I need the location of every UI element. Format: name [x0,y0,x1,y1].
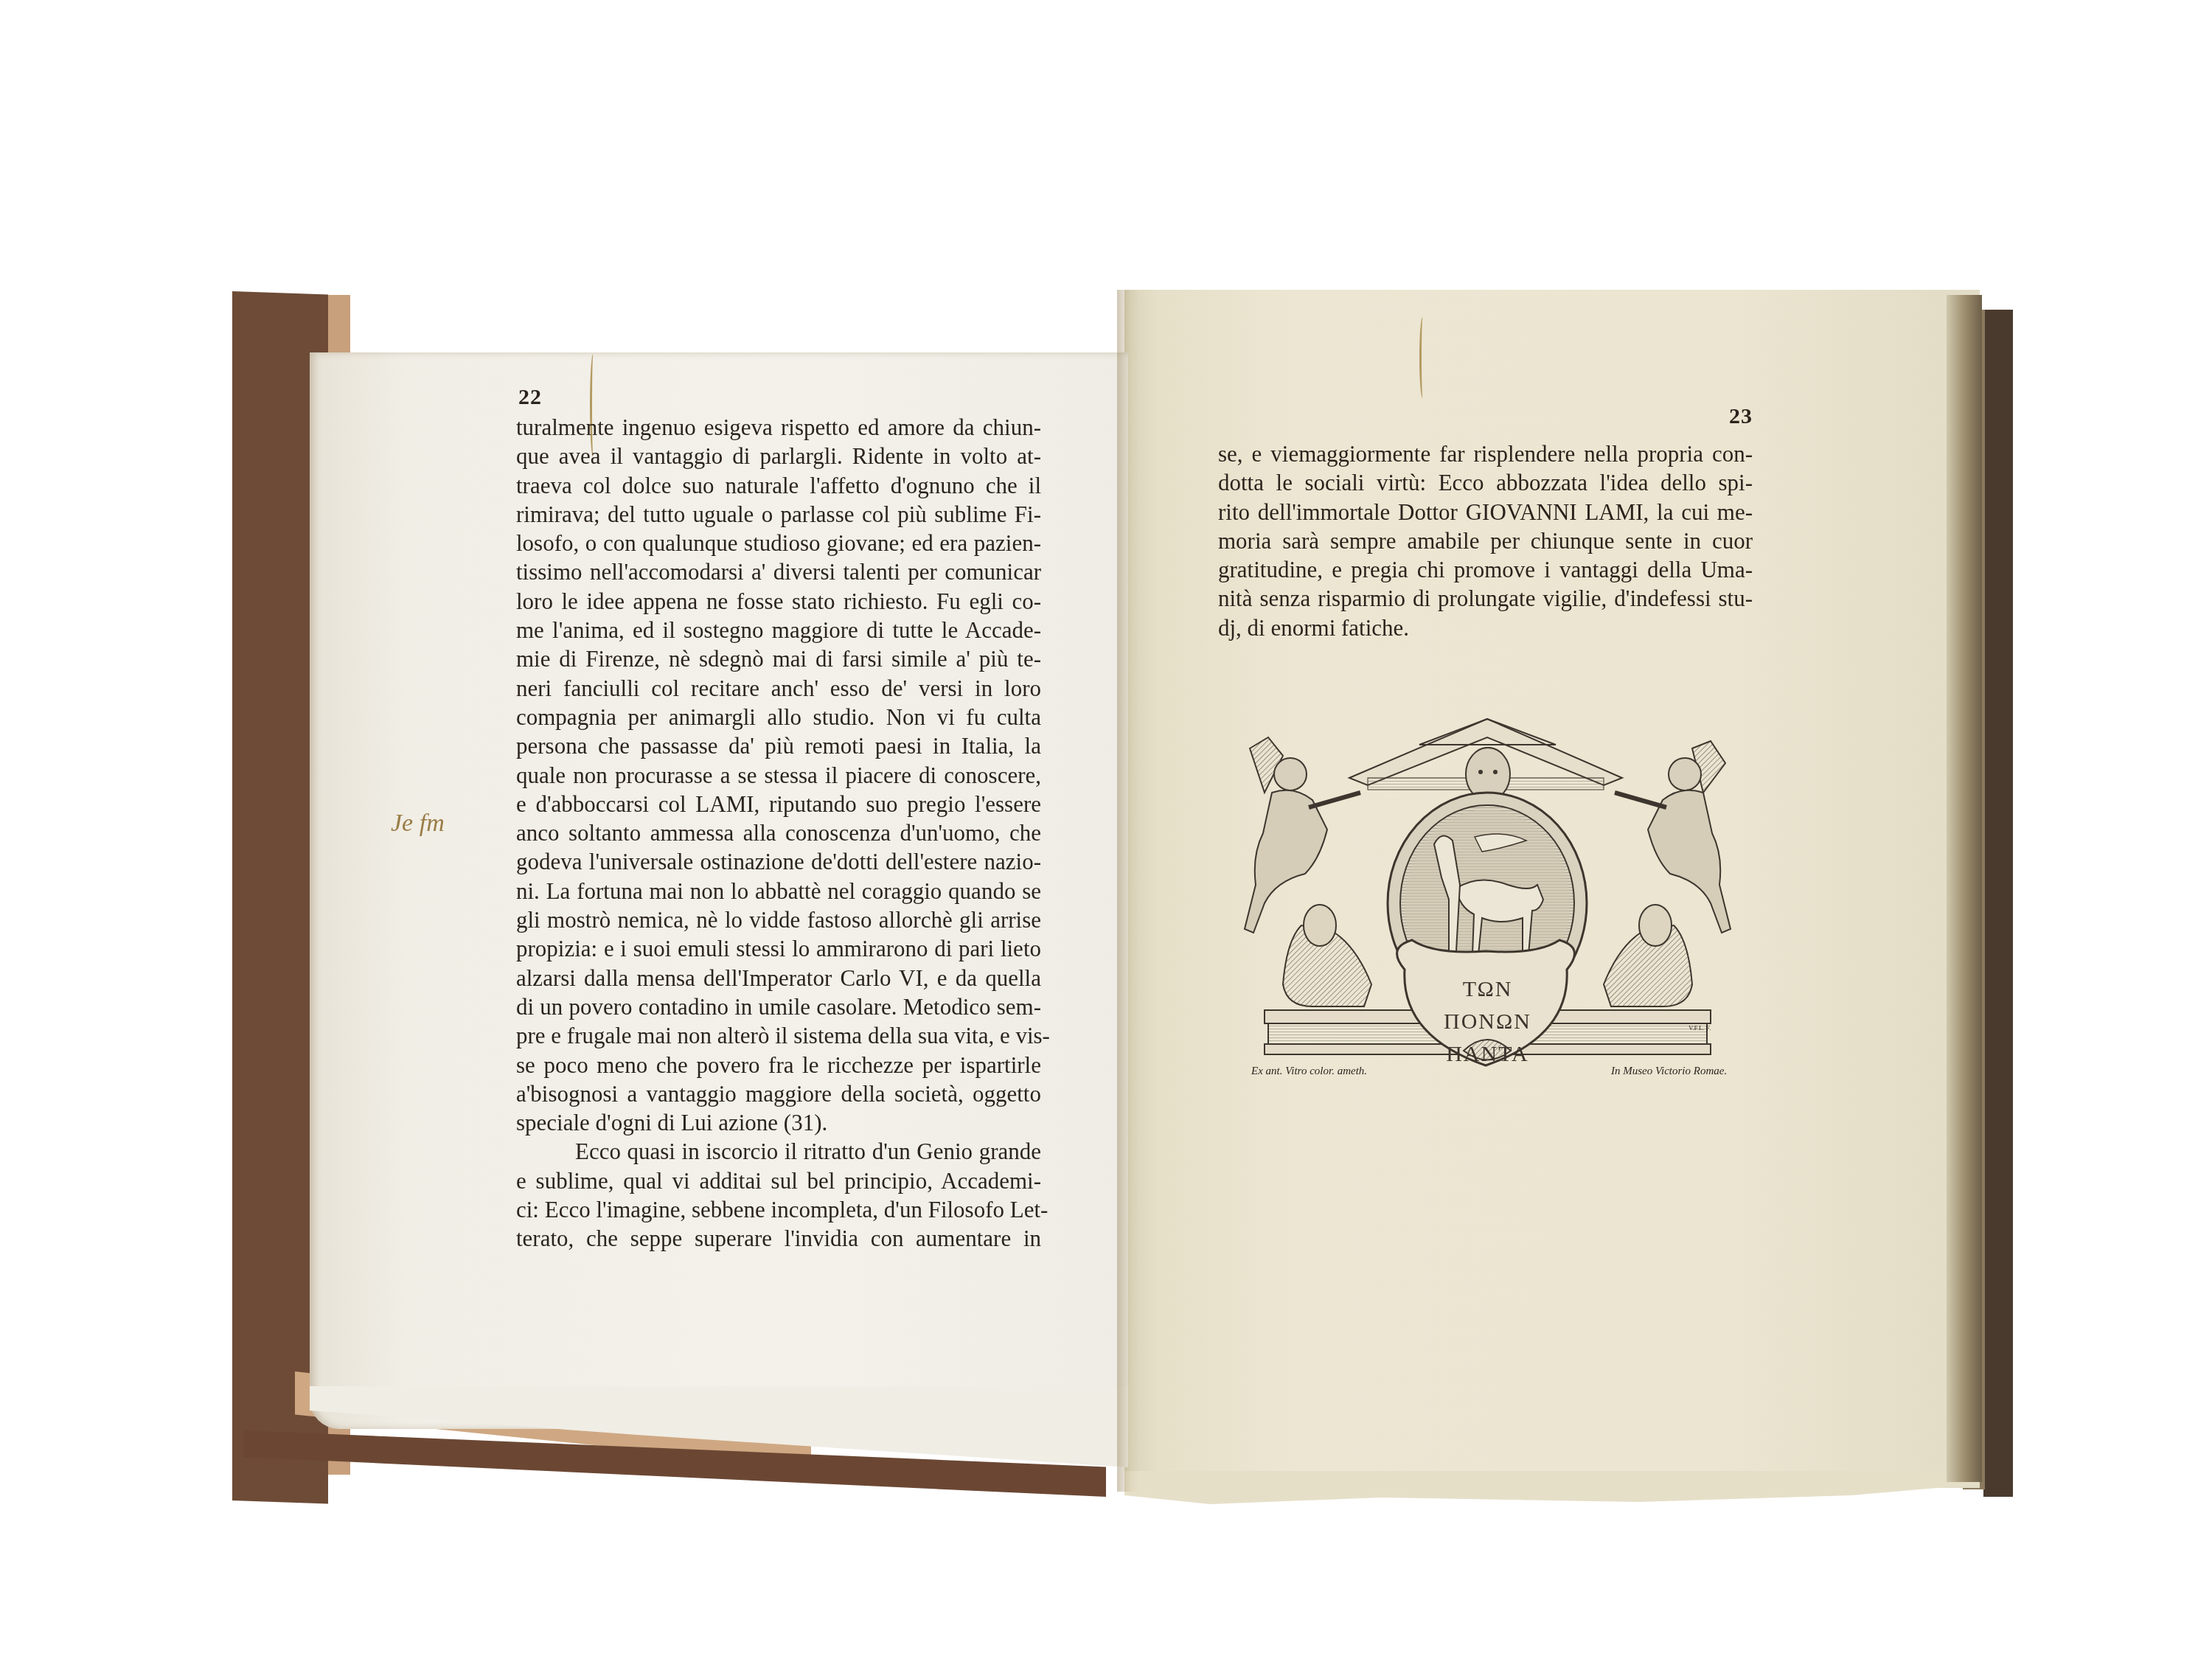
text-line: speciale d'ogni di Lui azione (31). [516,1108,1041,1137]
page-number-left: 22 [518,385,542,410]
text-line: tissimo nell'accomodarsi a' diversi tale… [516,557,1041,586]
left-page-text: turalmente ingenuo esigeva rispetto ed a… [516,413,1041,1253]
text-line: propizia: e i suoi emuli stessi lo ammir… [516,934,1041,963]
text-line: ci: Ecco l'imagine, sebbene incompleta, … [516,1195,1041,1224]
text-line: moria sarà sempre amabile per chiunque s… [1218,526,1753,555]
text-line: rimirava; del tutto uguale o parlasse co… [516,500,1041,529]
motto-line-1: ΤΩΝ ΠΟΝΩΝ [1419,973,1556,1038]
text-line: nità senza risparmio di prolungate vigil… [1218,584,1753,613]
text-line: turalmente ingenuo esigeva rispetto ed a… [516,413,1041,442]
text-line: se poco meno che povero fra le ricchezze… [516,1051,1041,1079]
right-page-stack-edge [1947,295,1982,1482]
text-line: e sublime, qual vi additai sul bel princ… [516,1166,1041,1195]
text-line: que avea il vantaggio di parlargli. Ride… [516,442,1041,470]
text-line: e d'abboccarsi col LAMI, riputando suo p… [516,790,1041,818]
engraver-signature: V.F.L. F. [1688,1024,1711,1032]
text-line: compagnia per animargli allo studio. Non… [516,703,1041,731]
text-line: gli mostrò nemica, nè lo vidde fastoso a… [516,905,1041,934]
text-line: di un povero contadino in umile casolare… [516,992,1041,1021]
engraving-caption-left: Ex ant. Vitro color. ameth. [1251,1065,1367,1078]
text-line: neri fanciulli col recitare anch' esso d… [516,674,1041,703]
text-line: loro le idee appena ne fosse stato richi… [516,587,1041,616]
text-line: ni. La fortuna mai non lo abbattè nel co… [516,877,1041,905]
text-line: anco soltanto ammessa alla conoscenza d'… [516,818,1041,847]
text-line: dotta le sociali virtù: Ecco abbozzata l… [1218,468,1753,497]
text-line: me l'anima, ed il sostegno maggiore di t… [516,616,1041,644]
engraving-illustration: ΤΩΝ ΠΟΝΩΝ ΠΑΝΤΑ V.F.L. F. Ex ant. Vitro … [1220,704,1755,1088]
text-line: gratitudine, e pregia chi promove i vant… [1218,555,1753,584]
motto-line-2: ΠΑΝΤΑ [1419,1038,1556,1071]
margin-note: Je fm [391,810,445,838]
right-page-text: se, e viemaggiormente far risplendere ne… [1218,439,1753,642]
text-line: se, e viemaggiormente far risplendere ne… [1218,439,1753,468]
text-line: alzarsi dalla mensa dell'Imperator Carlo… [516,964,1041,992]
page-number-right: 23 [1729,404,1753,429]
engraving-motto: ΤΩΝ ΠΟΝΩΝ ΠΑΝΤΑ [1419,973,1556,1071]
text-line: rito dell'immortale Dottor GIOVANNI LAMI… [1218,498,1753,526]
paragraph-start-line: Ecco quasi in iscorcio il ritratto d'un … [516,1137,1041,1166]
text-line: mie di Firenze, nè sdegnò mai di farsi s… [516,644,1041,673]
text-line: quale non procurasse a se stessa il piac… [516,761,1041,790]
text-line: pre e frugale mai non alterò il sistema … [516,1021,1041,1050]
text-line: a'bisognosi a vantaggio maggiore della s… [516,1079,1041,1108]
book-gutter [1117,290,1139,1492]
thread-mark-right [1419,317,1426,398]
right-page-deckled-edge [1124,1471,1980,1515]
book-cover-right [1983,310,2013,1497]
text-line: dj, di enormi fatiche. [1218,613,1753,642]
text-line: persona che passasse da' più remoti paes… [516,731,1041,760]
text-line: losofo, o con qualunque studioso giovane… [516,529,1041,557]
text-line: traeva col dolce suo naturale l'affetto … [516,471,1041,500]
text-line: godeva l'universale ostinazione de'dotti… [516,847,1041,876]
text-line: terato, che seppe superare l'invidia con… [516,1224,1041,1253]
engraving-caption-right: In Museo Victorio Romae. [1611,1065,1727,1078]
